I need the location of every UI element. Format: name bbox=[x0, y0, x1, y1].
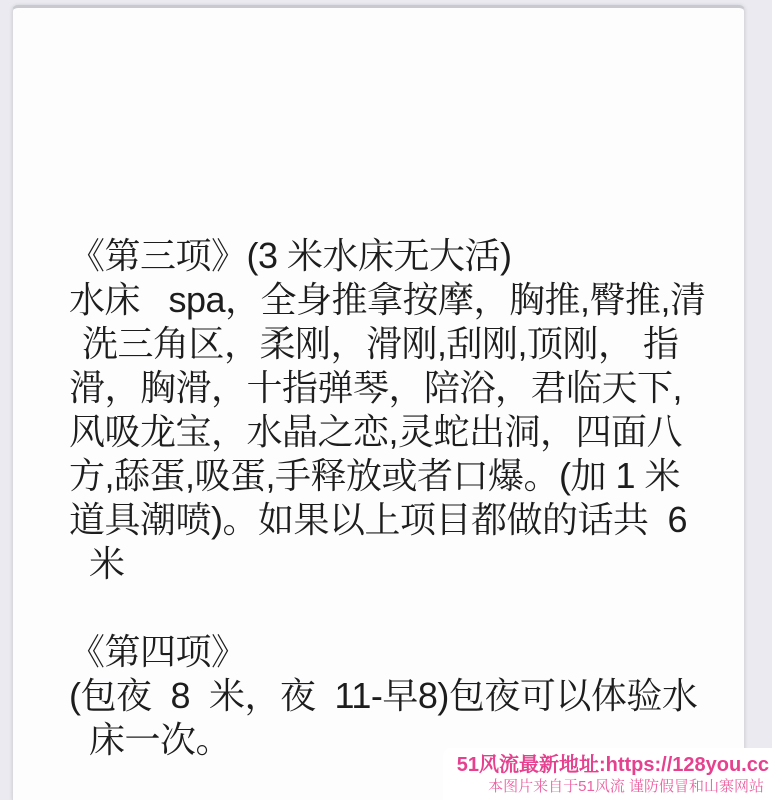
text-line: 水床 spa，全身推拿按摩，胸推,臀推,清 bbox=[69, 278, 724, 322]
service-text-block: 《第三项》(3 米水床无大活) 水床 spa，全身推拿按摩，胸推,臀推,清 洗三… bbox=[13, 234, 744, 762]
text-line: 方,舔蛋,吸蛋,手释放或者口爆。(加 1 米 bbox=[69, 454, 724, 498]
text-line: 《第四项》 bbox=[69, 630, 724, 674]
text-line: 洗三角区，柔刚，滑刚,刮刚,顶刚， 指 bbox=[69, 322, 724, 366]
watermark-site-link: 51风流最新地址:https://128you.cc bbox=[457, 753, 769, 777]
text-line: 米 bbox=[69, 542, 724, 586]
text-line: 风吸龙宝，水晶之恋,灵蛇出洞，四面八 bbox=[69, 410, 724, 454]
section-three: 《第三项》(3 米水床无大活) 水床 spa，全身推拿按摩，胸推,臀推,清 洗三… bbox=[69, 234, 724, 586]
text-line: (包夜 8 米，夜 11-早8)包夜可以体验水 bbox=[69, 674, 724, 718]
document-page: 《第三项》(3 米水床无大活) 水床 spa，全身推拿按摩，胸推,臀推,清 洗三… bbox=[12, 5, 745, 800]
section-four: 《第四项》 (包夜 8 米，夜 11-早8)包夜可以体验水 床一次。 bbox=[69, 630, 724, 762]
text-line: 滑，胸滑，十指弹琴，陪浴，君临天下, bbox=[69, 366, 724, 410]
text-line: 《第三项》(3 米水床无大活) bbox=[69, 234, 724, 278]
text-line: 道具潮喷)。如果以上项目都做的话共 6 bbox=[69, 498, 724, 542]
watermark-badge: 51风流最新地址:https://128you.cc 本图片来自于51风流 谨防… bbox=[443, 748, 772, 800]
watermark-disclaimer: 本图片来自于51风流 谨防假冒和山寨网站 bbox=[457, 777, 769, 797]
